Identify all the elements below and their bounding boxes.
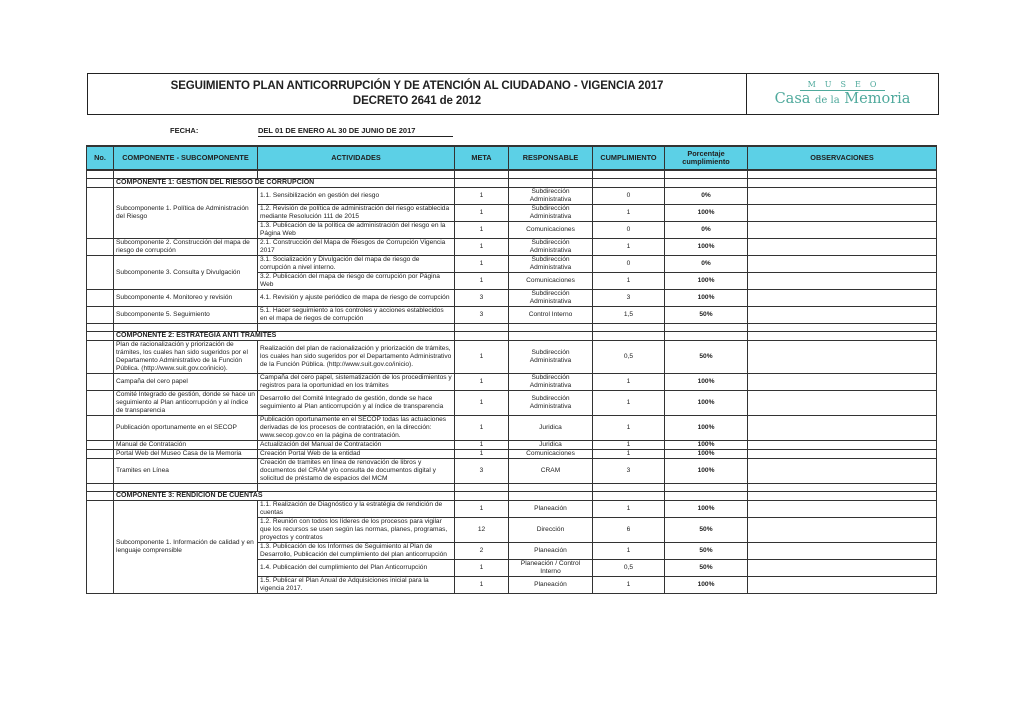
percentage-cell: 100% — [665, 374, 748, 391]
empty-cell — [593, 324, 665, 332]
row-number-cell — [87, 450, 114, 459]
responsable-cell: Juridica — [509, 416, 593, 441]
subcomponent-cell: Subcomponente 4. Monitoreo y revisión — [114, 290, 258, 307]
responsable-cell: Comunicaciones — [509, 273, 593, 290]
empty-cell — [665, 179, 748, 188]
responsable-cell: Subdirección Administrativa — [509, 188, 593, 205]
observaciones-cell — [748, 273, 937, 290]
cumplimiento-cell: 1,5 — [593, 307, 665, 324]
activity-cell: 1.2. Revisión de política de administrac… — [258, 205, 455, 222]
cumplimiento-cell: 0,5 — [593, 341, 665, 374]
percentage-cell: 100% — [665, 459, 748, 484]
cumplimiento-cell: 3 — [593, 290, 665, 307]
cumplimiento-cell: 1 — [593, 450, 665, 459]
responsable-cell: Subdirección Administrativa — [509, 256, 593, 273]
meta-cell: 1 — [455, 391, 509, 416]
observaciones-cell — [748, 518, 937, 543]
meta-cell: 1 — [455, 205, 509, 222]
cumplimiento-cell: 1 — [593, 273, 665, 290]
table-row: Subcomponente 3. Consulta y Divulgación3… — [87, 256, 937, 273]
cumplimiento-cell: 1 — [593, 501, 665, 518]
activity-cell: 1.4. Publicación del cumplimiento del Pl… — [258, 560, 455, 577]
row-number-cell — [87, 341, 114, 374]
observaciones-cell — [748, 307, 937, 324]
activity-cell: Publicación oportunamente en el SECOP to… — [258, 416, 455, 441]
empty-cell — [748, 484, 937, 492]
meta-cell: 1 — [455, 273, 509, 290]
percentage-cell: 50% — [665, 560, 748, 577]
cumplimiento-cell: 6 — [593, 518, 665, 543]
empty-cell — [593, 170, 665, 179]
cumplimiento-cell: 1 — [593, 577, 665, 594]
percentage-cell: 0% — [665, 256, 748, 273]
empty-cell — [593, 179, 665, 188]
activity-cell: 1.5. Publicar el Plan Anual de Adquisici… — [258, 577, 455, 594]
empty-cell — [114, 324, 258, 332]
empty-cell — [509, 170, 593, 179]
component-title: COMPONENTE 2: ESTRATÉGIA ANTI TRAMITES — [114, 332, 455, 341]
observaciones-cell — [748, 374, 937, 391]
activity-cell: Creación Portal Web de la entidad — [258, 450, 455, 459]
empty-cell — [509, 492, 593, 501]
percentage-cell: 100% — [665, 577, 748, 594]
observaciones-cell — [748, 450, 937, 459]
observaciones-cell — [748, 290, 937, 307]
meta-cell: 3 — [455, 307, 509, 324]
table-row: Subcomponente 1. Información de calidad … — [87, 501, 937, 518]
responsable-cell: Planeación — [509, 577, 593, 594]
component-title-row: COMPONENTE 1: GESTIÓN DEL RIESGO DE CORR… — [87, 179, 937, 188]
subcomponent-cell: Subcomponente 2. Construcción del mapa d… — [114, 239, 258, 256]
percentage-cell: 100% — [665, 391, 748, 416]
observaciones-cell — [748, 416, 937, 441]
activity-cell: Realización del plan de racionalización … — [258, 341, 455, 374]
table-header-row: No.COMPONENTE - SUBCOMPONENTEACTIVIDADES… — [87, 146, 937, 170]
col-cumplimiento-header: CUMPLIMIENTO — [593, 146, 665, 170]
cumplimiento-cell: 1 — [593, 543, 665, 560]
empty-cell — [87, 324, 114, 332]
empty-cell — [665, 484, 748, 492]
table-row: Campaña del cero papelCampaña del cero p… — [87, 374, 937, 391]
row-number-cell — [87, 188, 114, 239]
col-observaciones-header: OBSERVACIONES — [748, 146, 937, 170]
percentage-cell: 50% — [665, 341, 748, 374]
empty-cell — [455, 170, 509, 179]
observaciones-cell — [748, 188, 937, 205]
col-porcentaje-header: Porcentaje cumplimiento — [665, 146, 748, 170]
empty-cell — [87, 332, 114, 341]
document-header: SEGUIMIENTO PLAN ANTICORRUPCIÓN Y DE ATE… — [87, 73, 939, 115]
table-row: Publicación oportunamente en el SECOPPub… — [87, 416, 937, 441]
observaciones-cell — [748, 341, 937, 374]
activity-cell: 1.2. Reunión con todos los líderes de lo… — [258, 518, 455, 543]
empty-cell — [87, 179, 114, 188]
col-actividades-header: ACTIVIDADES — [258, 146, 455, 170]
logo-dela: de la — [815, 95, 840, 106]
table-row: Subcomponente 2. Construcción del mapa d… — [87, 239, 937, 256]
museum-logo: MUSEO Casa de la Memoria — [747, 74, 938, 114]
meta-cell: 1 — [455, 256, 509, 273]
cumplimiento-cell: 1 — [593, 416, 665, 441]
cumplimiento-cell: 3 — [593, 459, 665, 484]
empty-cell — [509, 179, 593, 188]
spacer-row — [87, 484, 937, 492]
subcomponent-cell: Subcomponente 3. Consulta y Divulgación — [114, 256, 258, 290]
percentage-cell: 0% — [665, 188, 748, 205]
activity-cell: 4.1. Revisión y ajuste periódico de mapa… — [258, 290, 455, 307]
subcomponent-cell: Subcomponente 1. Política de Administrac… — [114, 188, 258, 239]
subcomponent-cell: Subcomponente 1. Información de calidad … — [114, 501, 258, 594]
component-title: COMPONENTE 3: RENDICIÓN DE CUENTAS — [114, 492, 455, 501]
meta-cell: 1 — [455, 222, 509, 239]
logo-casa: Casa — [775, 91, 811, 107]
responsable-cell: Planeación / Control Interno — [509, 560, 593, 577]
activity-cell: Creación de tramites en línea de renovac… — [258, 459, 455, 484]
cumplimiento-cell: 0 — [593, 256, 665, 273]
subcomponent-cell: Manual de Contratación — [114, 441, 258, 450]
activity-cell: 1.3. Publicación de la política de admin… — [258, 222, 455, 239]
responsable-cell: Control Interno — [509, 307, 593, 324]
activity-cell: 3.2. Publicación del mapa de riesgo de c… — [258, 273, 455, 290]
logo-casa-text: Casa de la Memoria — [775, 91, 911, 109]
col-componente-header: COMPONENTE - SUBCOMPONENTE — [114, 146, 258, 170]
activity-cell: 1.1. Sensibilización en gestión del ries… — [258, 188, 455, 205]
component-title-row: COMPONENTE 2: ESTRATÉGIA ANTI TRAMITES — [87, 332, 937, 341]
row-number-cell — [87, 416, 114, 441]
date-value: DEL 01 DE ENERO AL 30 DE JUNIO DE 2017 — [258, 126, 453, 137]
meta-cell: 12 — [455, 518, 509, 543]
subcomponent-cell: Publicación oportunamente en el SECOP — [114, 416, 258, 441]
meta-cell: 1 — [455, 501, 509, 518]
spacer-row — [87, 324, 937, 332]
meta-cell: 1 — [455, 416, 509, 441]
responsable-cell: Juridica — [509, 441, 593, 450]
spacer-row — [87, 170, 937, 179]
observaciones-cell — [748, 501, 937, 518]
percentage-cell: 50% — [665, 518, 748, 543]
row-number-cell — [87, 374, 114, 391]
logo-museo-text: MUSEO — [800, 80, 886, 91]
activity-cell: Actualización del Manual de Contratación — [258, 441, 455, 450]
empty-cell — [748, 170, 937, 179]
row-number-cell — [87, 239, 114, 256]
table-row: Subcomponente 4. Monitoreo y revisión4.1… — [87, 290, 937, 307]
row-number-cell — [87, 307, 114, 324]
meta-cell: 1 — [455, 341, 509, 374]
observaciones-cell — [748, 560, 937, 577]
title-line-1: SEGUIMIENTO PLAN ANTICORRUPCIÓN Y DE ATE… — [171, 79, 664, 94]
meta-cell: 1 — [455, 239, 509, 256]
meta-cell: 1 — [455, 188, 509, 205]
empty-cell — [455, 332, 509, 341]
responsable-cell: Comunicaciones — [509, 222, 593, 239]
empty-cell — [258, 324, 455, 332]
component-title-row: COMPONENTE 3: RENDICIÓN DE CUENTAS — [87, 492, 937, 501]
title-line-2: DECRETO 2641 de 2012 — [353, 94, 481, 109]
table-row: Comité Integrado de gestión, donde se ha… — [87, 391, 937, 416]
empty-cell — [114, 484, 258, 492]
percentage-cell: 100% — [665, 239, 748, 256]
meta-cell: 3 — [455, 290, 509, 307]
observaciones-cell — [748, 577, 937, 594]
empty-cell — [665, 492, 748, 501]
empty-cell — [593, 332, 665, 341]
date-label: FECHA: — [170, 126, 258, 137]
meta-cell: 1 — [455, 441, 509, 450]
percentage-cell: 100% — [665, 290, 748, 307]
observaciones-cell — [748, 441, 937, 450]
empty-cell — [258, 484, 455, 492]
meta-cell: 1 — [455, 374, 509, 391]
empty-cell — [748, 492, 937, 501]
empty-cell — [665, 332, 748, 341]
percentage-cell: 100% — [665, 273, 748, 290]
responsable-cell: Planeación — [509, 501, 593, 518]
activity-cell: 1.3. Publicación de los Informes de Segu… — [258, 543, 455, 560]
empty-cell — [748, 179, 937, 188]
observaciones-cell — [748, 459, 937, 484]
responsable-cell: Subdirección Administrativa — [509, 341, 593, 374]
empty-cell — [593, 492, 665, 501]
empty-cell — [114, 170, 258, 179]
responsable-cell: Subdirección Administrativa — [509, 391, 593, 416]
empty-cell — [748, 332, 937, 341]
subcomponent-cell: Comité Integrado de gestión, donde se ha… — [114, 391, 258, 416]
table-row: Tramites en LíneaCreación de tramites en… — [87, 459, 937, 484]
table-row: Plan de racionalización y priorización d… — [87, 341, 937, 374]
row-number-cell — [87, 459, 114, 484]
activity-cell: Campaña del cero papel, sistematización … — [258, 374, 455, 391]
subcomponent-cell: Tramites en Línea — [114, 459, 258, 484]
empty-cell — [455, 324, 509, 332]
empty-cell — [455, 484, 509, 492]
meta-cell: 1 — [455, 450, 509, 459]
empty-cell — [748, 324, 937, 332]
percentage-cell: 100% — [665, 450, 748, 459]
responsable-cell: Subdirección Administrativa — [509, 239, 593, 256]
row-number-cell — [87, 391, 114, 416]
cumplimiento-cell: 0 — [593, 222, 665, 239]
empty-cell — [87, 170, 114, 179]
cumplimiento-cell: 1 — [593, 441, 665, 450]
meta-cell: 1 — [455, 577, 509, 594]
empty-cell — [87, 492, 114, 501]
col-responsable-header: RESPONSABLE — [509, 146, 593, 170]
percentage-cell: 0% — [665, 222, 748, 239]
percentage-cell: 100% — [665, 441, 748, 450]
observaciones-cell — [748, 391, 937, 416]
observaciones-cell — [748, 256, 937, 273]
activity-cell: 5.1. Hacer seguimiento a los controles y… — [258, 307, 455, 324]
responsable-cell: Subdirección Administrativa — [509, 205, 593, 222]
meta-cell: 2 — [455, 543, 509, 560]
responsable-cell: Planeación — [509, 543, 593, 560]
activity-cell: Desarrollo del Comité Integrado de gesti… — [258, 391, 455, 416]
percentage-cell: 100% — [665, 416, 748, 441]
activity-cell: 2.1. Construcción del Mapa de Riesgos de… — [258, 239, 455, 256]
cumplimiento-cell: 1 — [593, 205, 665, 222]
table-row: Manual de ContrataciónActualización del … — [87, 441, 937, 450]
subcomponent-cell: Campaña del cero papel — [114, 374, 258, 391]
cumplimiento-cell: 0,5 — [593, 560, 665, 577]
responsable-cell: CRAM — [509, 459, 593, 484]
component-title: COMPONENTE 1: GESTIÓN DEL RIESGO DE CORR… — [114, 179, 455, 188]
empty-cell — [593, 484, 665, 492]
responsable-cell: Subdirección Administrativa — [509, 290, 593, 307]
cumplimiento-cell: 1 — [593, 374, 665, 391]
cumplimiento-cell: 0 — [593, 188, 665, 205]
observaciones-cell — [748, 222, 937, 239]
responsable-cell: Subdirección Administrativa — [509, 374, 593, 391]
logo-memoria: Memoria — [844, 91, 910, 107]
plan-table: No.COMPONENTE - SUBCOMPONENTEACTIVIDADES… — [86, 145, 937, 594]
meta-cell: 3 — [455, 459, 509, 484]
percentage-cell: 50% — [665, 543, 748, 560]
activity-cell: 3.1. Socialización y Divulgación del map… — [258, 256, 455, 273]
date-row: FECHA: DEL 01 DE ENERO AL 30 DE JUNIO DE… — [170, 126, 453, 137]
cumplimiento-cell: 1 — [593, 391, 665, 416]
percentage-cell: 50% — [665, 307, 748, 324]
empty-cell — [509, 324, 593, 332]
table-row: Portal Web del Museo Casa de la MemoriaC… — [87, 450, 937, 459]
table-row: Subcomponente 1. Política de Administrac… — [87, 188, 937, 205]
empty-cell — [665, 170, 748, 179]
row-number-cell — [87, 441, 114, 450]
empty-cell — [87, 484, 114, 492]
subcomponent-cell: Plan de racionalización y priorización d… — [114, 341, 258, 374]
empty-cell — [509, 332, 593, 341]
empty-cell — [509, 484, 593, 492]
table-row: Subcomponente 5. Seguimiento5.1. Hacer s… — [87, 307, 937, 324]
observaciones-cell — [748, 239, 937, 256]
observaciones-cell — [748, 205, 937, 222]
percentage-cell: 100% — [665, 205, 748, 222]
observaciones-cell — [748, 543, 937, 560]
row-number-cell — [87, 256, 114, 290]
empty-cell — [665, 324, 748, 332]
meta-cell: 1 — [455, 560, 509, 577]
document-title: SEGUIMIENTO PLAN ANTICORRUPCIÓN Y DE ATE… — [88, 74, 747, 114]
empty-cell — [455, 179, 509, 188]
subcomponent-cell: Subcomponente 5. Seguimiento — [114, 307, 258, 324]
responsable-cell: Dirección — [509, 518, 593, 543]
percentage-cell: 100% — [665, 501, 748, 518]
empty-cell — [455, 492, 509, 501]
col-meta-header: META — [455, 146, 509, 170]
cumplimiento-cell: 1 — [593, 239, 665, 256]
row-number-cell — [87, 501, 114, 594]
responsable-cell: Comunicaciones — [509, 450, 593, 459]
col-no-header: No. — [87, 146, 114, 170]
subcomponent-cell: Portal Web del Museo Casa de la Memoria — [114, 450, 258, 459]
empty-cell — [258, 170, 455, 179]
row-number-cell — [87, 290, 114, 307]
activity-cell: 1.1. Realización de Diagnóstico y la est… — [258, 501, 455, 518]
